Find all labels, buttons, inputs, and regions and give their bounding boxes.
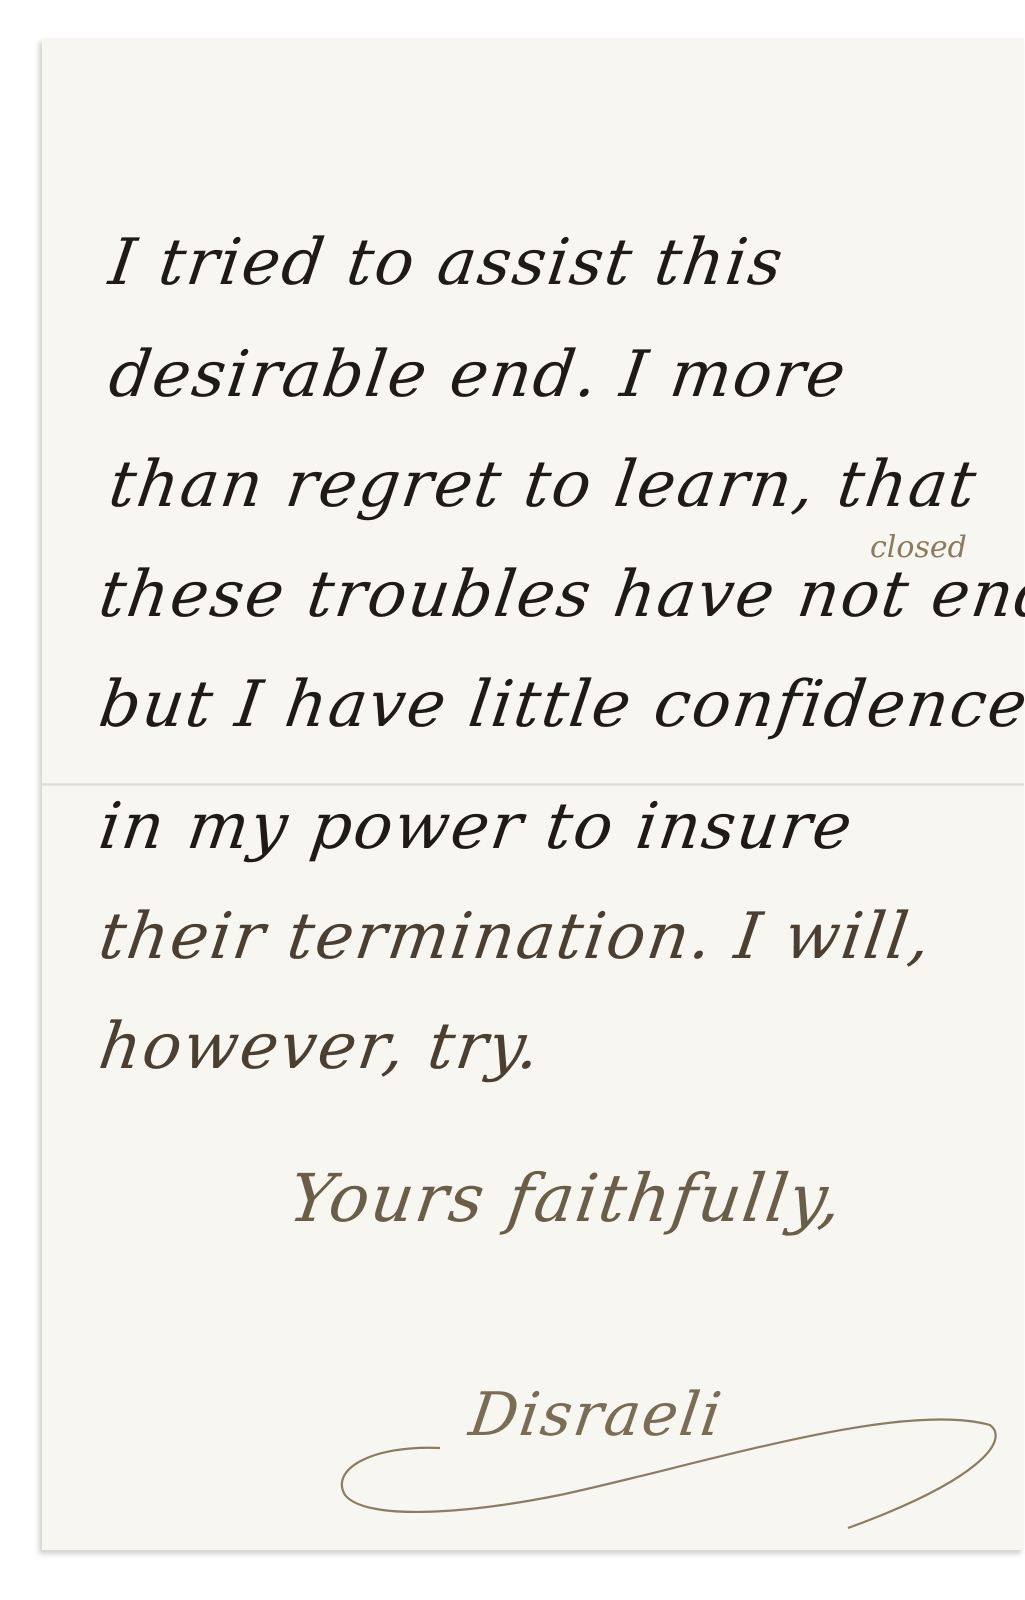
signature-flourish-icon — [0, 0, 1025, 1600]
